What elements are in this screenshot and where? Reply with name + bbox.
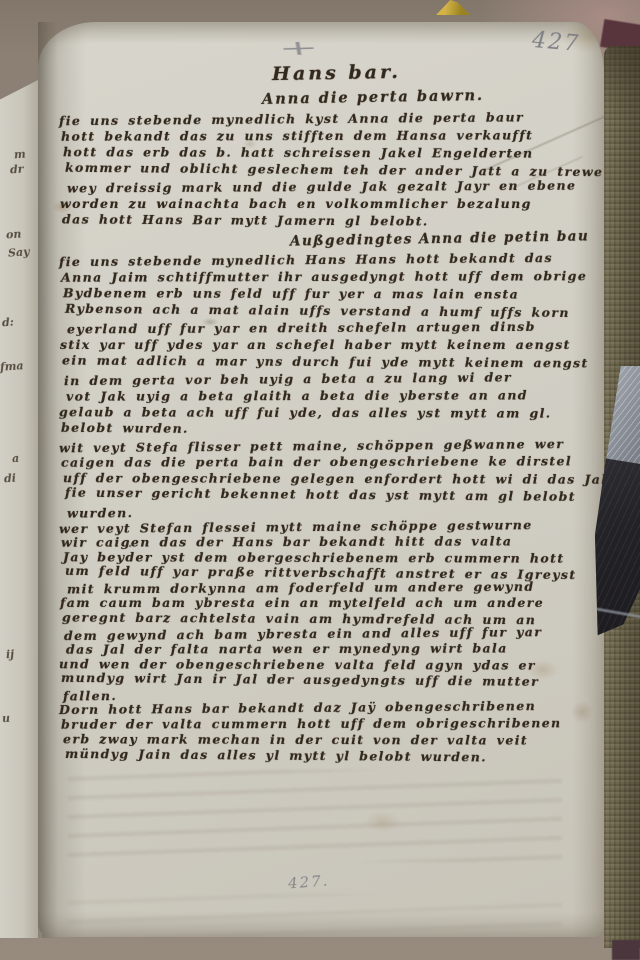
paragraph-2: fie uns stebende mynedlich Hans Hans hot… [62,251,589,438]
pencil-cross-mark: + [276,35,320,60]
handwritten-line: stix yar uff ydes yar an schefel haber m… [60,336,589,353]
ink-show-through [68,770,562,862]
handwritten-line: mit krumm dorkynna am foderfeld um ander… [67,579,577,597]
handwritten-line: bruder der valta cummern hott uff dem ob… [61,715,562,732]
marginalia-fragment: on [6,227,22,241]
facing-page-edge: mdronSayd:fmaadiiju [0,78,42,938]
photo-of-manuscript-page: mdronSayd:fmaadiiju + 427 Hans bar. Anna… [0,0,640,960]
handwritten-line: hott bekandt das zu uns stifften dem Han… [61,126,603,145]
handwritten-line: caigen das die perta bain der obengeschr… [61,454,604,472]
handwritten-line: eyerland uff fur yar en dreith schefeln … [67,318,589,338]
marginalia-fragment: dr [10,163,24,177]
handwritten-line: das Jal der falta narta wen er mynedyng … [66,641,577,658]
marginalia-fragment: m [14,148,27,162]
page-number-top: 427 [531,28,581,57]
paragraph-3: wit veyt Stefa flisser pett maine, schöp… [62,438,604,520]
section-heading: Außgedingtes Anna die petin bau [290,228,590,249]
handwritten-line: mündyg Jain das alles yl mytt yl belobt … [65,746,562,766]
handwritten-line: vot Jak uyig a beta glaith a beta die yb… [66,386,589,404]
marginalia-fragment: ij [6,648,15,662]
entry-subtitle: Anna die perta bawrn. [262,87,484,108]
marginalia-fragment: u [2,712,11,726]
handwritten-line: Anna Jaim schtiffmutter ihr ausgedyngt h… [61,267,589,285]
handwritten-line: worden zu wainachta bach en volkommliche… [60,195,603,212]
bookmark-tab [436,0,470,15]
paragraph-1: fie uns stebende mynedlich kyst Anna die… [62,110,603,229]
handwritten-line: fam caum bam ybresta ein an mytelfeld ac… [60,595,577,610]
paragraph-4: wer veyt Stefan flessei mytt maine schöp… [62,519,577,703]
marginalia-fragment: a [12,452,20,465]
entry-title: Hans bar. [272,61,401,85]
gutter-shadow [38,22,58,938]
background-corner-patch [612,940,640,960]
book-weight-cloth [594,366,640,638]
page-number-bottom: 427. [287,872,330,893]
marginalia-fragment: fma [0,359,24,374]
handwritten-line: wey dreissig mark und die gulde Jak geza… [67,177,604,197]
handwritten-line: wir caigen das der Hans bar bekandt hitt… [61,534,577,551]
marginalia-fragment: d: [2,316,15,330]
marginalia-fragment: Say [8,245,30,259]
ink-show-through [68,894,562,937]
manuscript-page: + 427 Hans bar. Anna die perta bawrn. fi… [38,22,604,937]
marginalia-fragment: di [4,472,17,486]
paragraph-5: Dorn hott Hans bar bekandt daz Jaÿ obeng… [62,700,562,764]
handwritten-line: das hott Hans Bar mytt Jamern gl belobt. [62,210,604,230]
